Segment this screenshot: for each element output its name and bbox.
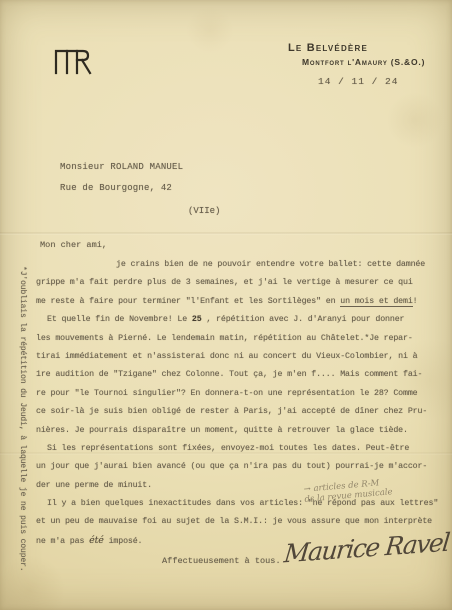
recipient-block: Monsieur ROLAND MANUEL Rue de Bourgogne,… [60, 162, 183, 204]
recipient-district: (VIIe) [188, 206, 220, 216]
recipient-street: Rue de Bourgogne, 42 [60, 183, 183, 193]
margin-note-vertical: *J'oubliais la répétition du Jeudi, à la… [18, 266, 27, 602]
body-line: ce soir-là je suis bien obligé de rester… [36, 403, 438, 421]
body-line: re pour "le Tournoi singulier"? En donne… [36, 385, 438, 403]
body-line: nières. Je pourrais disparaître un momen… [36, 422, 438, 440]
body-line: Et quelle fin de Novembre! Le 25 , répét… [36, 311, 438, 329]
salutation: Mon cher ami, [40, 240, 107, 250]
letterhead-residence: Le Belvédère [288, 42, 425, 54]
body-line: me reste à faire pour terminer "l'Enfant… [36, 293, 438, 311]
body-line: je crains bien de ne pouvoir entendre vo… [36, 256, 438, 274]
body-line: un jour que j'aurai bien avancé (ou que … [36, 458, 438, 476]
recipient-name: Monsieur ROLAND MANUEL [60, 162, 183, 172]
body-line: tirai immédiatement et n'assisterai donc… [36, 348, 438, 366]
letter-date: 14 / 11 / 24 [318, 76, 398, 87]
ravel-monogram-icon [52, 44, 92, 76]
closing-line: Affectueusement à tous. [162, 556, 281, 566]
body-line: Si les représentations sont fixées, envo… [36, 440, 438, 458]
letterhead: Le Belvédère Montfort l'Amaury (S.&O.) [288, 42, 425, 67]
body-line: 1re audition de "Tzigane" chez Colonne. … [36, 366, 438, 384]
body-line: et un peu de mauvaise foi au sujet de la… [36, 513, 438, 531]
body-line: grippe m'a fait perdre plus de 3 semaine… [36, 274, 438, 292]
letterhead-address: Montfort l'Amaury (S.&O.) [302, 57, 425, 67]
body-line: les mouvements à Pierné. Le lendemain ma… [36, 330, 438, 348]
body-lines: je crains bien de ne pouvoir entendre vo… [36, 256, 438, 550]
fold-crease [0, 232, 452, 235]
letter-paper: Le Belvédère Montfort l'Amaury (S.&O.) 1… [0, 0, 452, 610]
